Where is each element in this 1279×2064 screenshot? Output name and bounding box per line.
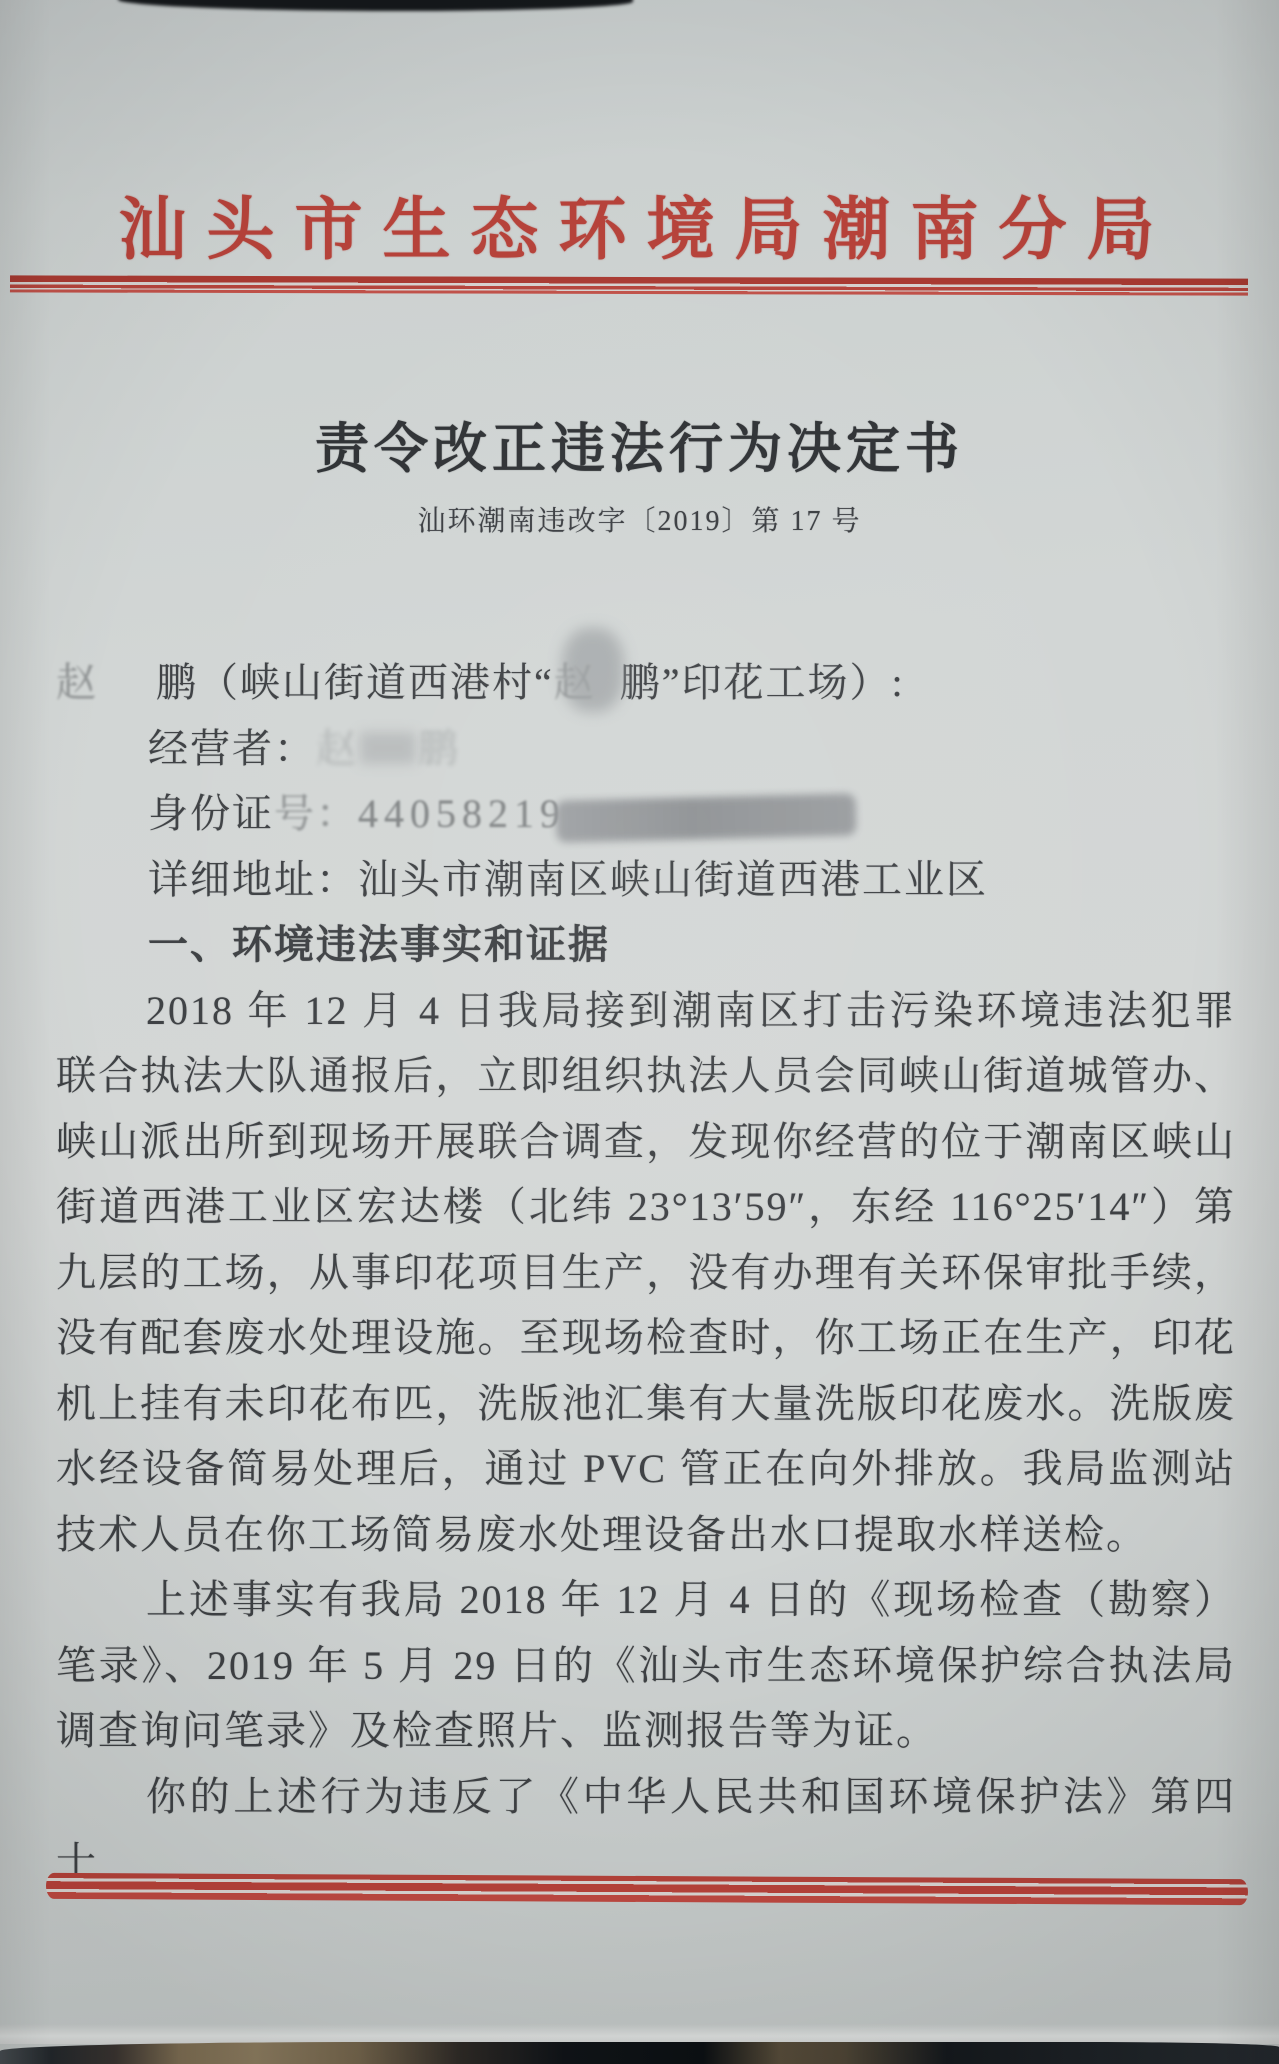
- redacted-operator-last-char: 鹏: [418, 726, 460, 771]
- address-label: 详细地址：: [148, 857, 358, 902]
- background-object-top: [118, 0, 633, 11]
- address-value: 汕头市潮南区峡山街道西港工业区: [358, 857, 988, 902]
- document-title: 责令改正违法行为决定书: [0, 406, 1279, 483]
- body-paragraph-1: 2018 年 12 月 4 日我局接到潮南区打击污染环境违法犯罪联合执法大队通报…: [56, 978, 1236, 1568]
- document-photo: 汕头市生态环境局潮南分局 责令改正违法行为决定书 汕环潮南违改字〔2019〕第 …: [0, 0, 1279, 2064]
- table-edge: [0, 2042, 1279, 2064]
- address-row: 详细地址：汕头市潮南区峡山街道西港工业区: [56, 847, 1236, 913]
- red-bottom-band: [46, 1873, 1248, 1905]
- agency-header: 汕头市生态环境局潮南分局: [0, 176, 1279, 273]
- addressee-quoted-last-char: 鹏: [620, 660, 662, 705]
- redacted-name-first-char: 赵: [56, 660, 98, 705]
- red-header-rule: [10, 275, 1248, 295]
- operator-label: 经营者：: [148, 726, 316, 771]
- section1-heading: 一、环境违法事实和证据: [56, 912, 1236, 978]
- id-digits: 44058219: [358, 791, 566, 836]
- body-paragraph-2: 上述事实有我局 2018 年 12 月 4 日的《现场检查（勘察）笔录》、201…: [56, 1567, 1236, 1764]
- addressee-name-last-char: 鹏: [156, 660, 198, 705]
- document-number: 汕环潮南违改字〔2019〕第 17 号: [0, 499, 1279, 539]
- addressee-text: （峡山街道西港村“: [198, 660, 554, 705]
- redaction-smudge: [562, 628, 624, 712]
- paper-bottom-edge: [0, 2024, 1279, 2044]
- addressee-line: 赵鹏（峡山街道西港村“赵鹏”印花工场）:: [56, 628, 1236, 716]
- id-label-faint: 号：: [274, 791, 358, 836]
- addressee-tail: ”印花工场）:: [662, 660, 905, 705]
- redaction-bar: [556, 793, 857, 842]
- id-number-row: 身份证号：44058219: [56, 781, 1236, 847]
- id-label: 身份证: [148, 791, 274, 836]
- redaction-smudge-soft: [360, 732, 416, 764]
- operator-row: 经营者：赵鹏: [56, 716, 1236, 782]
- document-body: 赵鹏（峡山街道西港村“赵鹏”印花工场）: 经营者：赵鹏 身份证号：4405821…: [56, 628, 1236, 1895]
- redacted-operator-first-char: 赵: [316, 726, 358, 771]
